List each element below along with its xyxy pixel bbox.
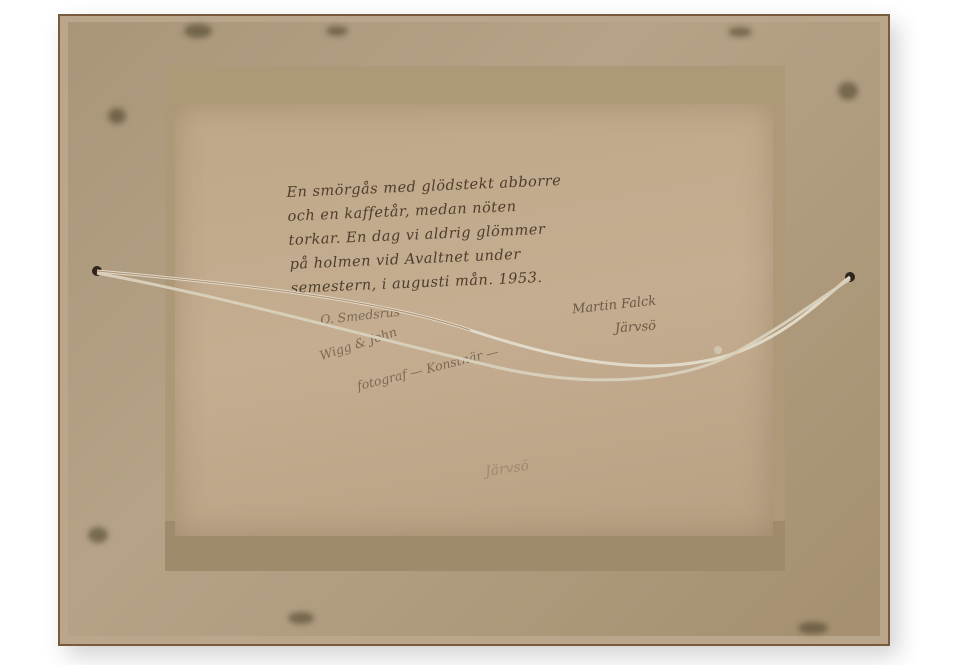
string-knot [714, 346, 722, 354]
hanging-string [0, 0, 960, 665]
